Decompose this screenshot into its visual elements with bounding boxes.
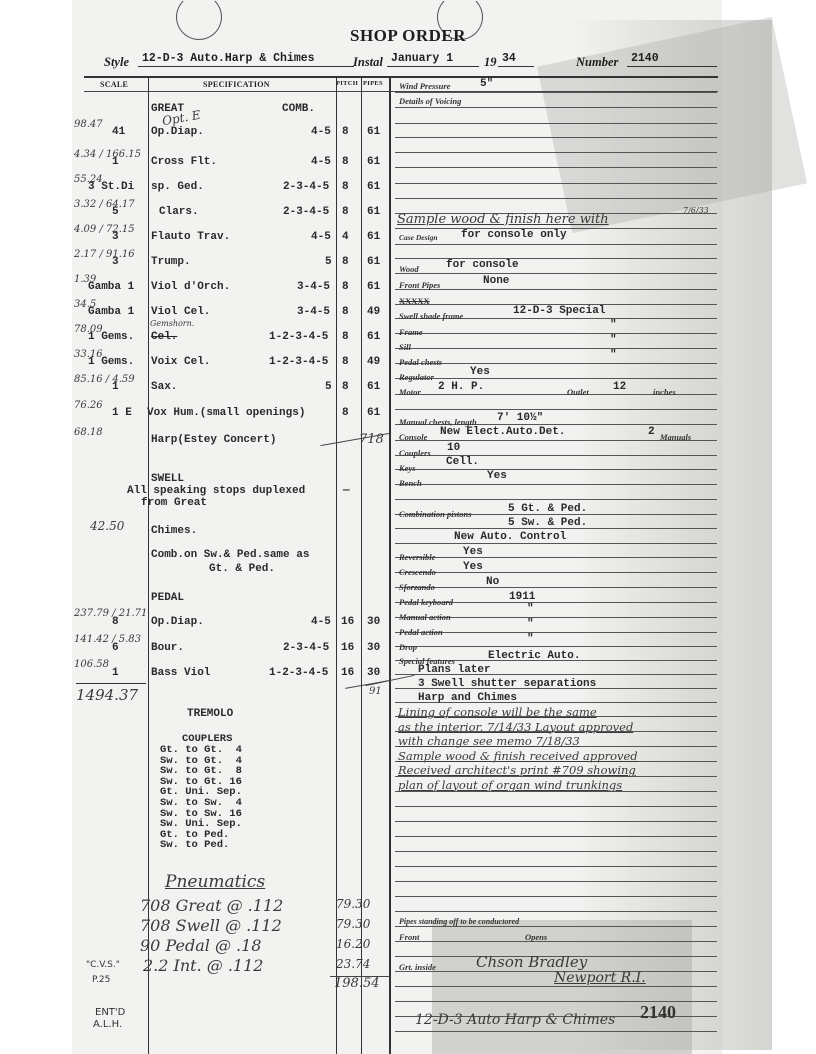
- form-rule: [395, 836, 717, 837]
- stop-name-handnote: Gemshorn.: [150, 319, 194, 328]
- regulator-value: Yes: [470, 366, 490, 378]
- stamp-cvs: "C.V.S.": [86, 960, 120, 970]
- form-rule: [395, 896, 717, 897]
- pipes-value: 61: [367, 206, 380, 218]
- scale-handnote: 2.17 / 91.16: [74, 249, 135, 260]
- reversible-value: Yes: [463, 546, 483, 558]
- case-design-value: for console only: [461, 229, 567, 241]
- form-rule: [395, 646, 717, 647]
- form-rule: [395, 926, 717, 927]
- wood-label: Wood: [399, 264, 419, 274]
- manual-action-label: Manual action: [399, 612, 451, 622]
- swell-comb-line-2: Gt. & Ped.: [209, 563, 275, 575]
- pipes-total: 91: [369, 686, 382, 697]
- pneumatics-heading: Pneumatics: [165, 872, 265, 892]
- comb-value: 3-4-5: [297, 306, 330, 318]
- manual-chests-value: 7' 10½": [497, 412, 543, 424]
- stop-name: Clars.: [159, 206, 199, 218]
- special-features-value: Electric Auto.: [488, 650, 580, 662]
- col-header-specification: SPECIFICATION: [203, 80, 270, 89]
- tremolo: TREMOLO: [187, 708, 233, 720]
- instal-label: Instal: [353, 55, 383, 70]
- stop-name: Vox Hum.(small openings): [147, 407, 305, 419]
- pipes-value: 61: [367, 281, 380, 293]
- comb-value: 2-3-4-5: [283, 181, 329, 193]
- pitch-value: 8: [342, 407, 349, 419]
- scale-handnote: 85.16 / 4.59: [74, 374, 135, 385]
- sill-label: Sill: [399, 342, 411, 352]
- keys-label: Keys: [399, 463, 416, 473]
- pitch-value: 8: [342, 181, 349, 193]
- handwritten-note-line: with change see memo 7/18/33: [398, 734, 580, 748]
- pipes-value: 30: [367, 667, 380, 679]
- pipes-value: 30: [367, 642, 380, 654]
- form-rule: [395, 911, 717, 912]
- case-design-label: Case Design: [399, 233, 438, 242]
- scale-value: 1 Gems.: [88, 356, 134, 368]
- swell-shade-value: 12-D-3 Special: [513, 305, 605, 317]
- scale-handnote: 3.32 / 64.17: [74, 199, 135, 210]
- form-rule: [395, 986, 717, 987]
- comb-heading: COMB.: [282, 103, 315, 115]
- combination-label: Combination pistons: [399, 509, 472, 519]
- combination-value-1: 5 Gt. & Ped.: [508, 503, 587, 515]
- scale-value: 1: [112, 667, 119, 679]
- pitch-value: 8: [342, 206, 349, 218]
- form-rule: [395, 348, 717, 349]
- scale-value: 8: [112, 616, 119, 628]
- pitch-value: 16: [341, 642, 354, 654]
- form-rule: [395, 821, 717, 822]
- instal-value: January 1: [387, 52, 479, 67]
- scale-value: 3: [112, 231, 119, 243]
- scale-value: 3 St.Di: [88, 181, 134, 193]
- pneumatics-amount: 23.74: [336, 957, 370, 971]
- stop-name: Flauto Trav.: [151, 231, 230, 243]
- pedal-action-value: ": [527, 618, 534, 630]
- form-rule: [395, 469, 717, 470]
- pipes-value: 61: [367, 256, 380, 268]
- swell-line-1: All speaking stops duplexed: [127, 485, 305, 497]
- pitch-value: 8: [342, 281, 349, 293]
- footer-handnote: 12-D-3 Auto Harp & Chimes: [415, 1012, 615, 1028]
- form-rule: [395, 378, 717, 379]
- form-rule: [395, 167, 717, 168]
- couplers-label: Couplers: [399, 448, 431, 458]
- form-rule: [395, 806, 717, 807]
- pneumatics-line: 708 Swell @ .112: [140, 916, 282, 935]
- pedal-keyboard-label: Pedal keyboard: [399, 597, 453, 607]
- form-rule: [395, 455, 717, 456]
- form-rule: [395, 152, 717, 153]
- footer-order-number: 2140: [640, 1002, 676, 1023]
- comb-value: 2-3-4-5: [283, 206, 329, 218]
- form-rule: [395, 851, 717, 852]
- pipes-value: 61: [367, 231, 380, 243]
- scale-value: Gamba 1: [88, 306, 134, 318]
- frame-value: ": [610, 319, 617, 331]
- coupler-item: Gt. to Gt. 4: [160, 745, 242, 755]
- pedal-heading: PEDAL: [151, 592, 184, 604]
- sforzando-label: Sforzando: [399, 582, 435, 592]
- form-rule: [395, 363, 717, 364]
- frame-label: Frame: [399, 327, 423, 337]
- stop-name: Viol Cel.: [151, 306, 210, 318]
- comb-value: 4-5: [311, 231, 331, 243]
- inches-label: inches: [653, 387, 676, 397]
- form-rule: [395, 1031, 717, 1032]
- auto-control: New Auto. Control: [454, 531, 566, 543]
- scale-handnote: 237.79 / 21.71: [74, 608, 147, 619]
- comb-value: 1-2-3-4-5: [269, 667, 328, 679]
- year-value: 34: [498, 52, 534, 67]
- combination-value-2: 5 Sw. & Ped.: [508, 517, 587, 529]
- comb-value: 5: [325, 381, 332, 393]
- form-rule: [395, 543, 717, 544]
- bench-value: Yes: [487, 470, 507, 482]
- form-title: SHOP ORDER: [0, 26, 816, 46]
- console-value: New Elect.Auto.Det.: [440, 426, 565, 438]
- pitch-value: 8: [342, 256, 349, 268]
- drop-label: Drop: [399, 642, 417, 652]
- outlet-value: 12: [613, 381, 626, 393]
- handwritten-note-line: Lining of console will be the same: [398, 705, 597, 719]
- number-label: Number: [576, 55, 618, 70]
- coupler-item: Sw. to Gt. 8: [160, 766, 242, 776]
- manual-action-value: ": [527, 603, 534, 615]
- front-pipes-value: None: [483, 275, 509, 287]
- form-rule: [395, 881, 717, 882]
- scale-value: 3: [112, 256, 119, 268]
- comb-value: 1-2-3-4-5: [269, 331, 328, 343]
- handwritten-note-line: as the interior. 7/14/33 Layout approved: [398, 720, 633, 734]
- keys-value: Cell.: [446, 456, 479, 468]
- scale-handnote: 98.47: [74, 119, 103, 130]
- pipes-value: 61: [367, 407, 380, 419]
- swell-pitch-dash: —: [343, 485, 350, 497]
- coupler-item: Gt. Uni. Sep.: [160, 787, 242, 797]
- sill-value: ": [610, 334, 617, 346]
- stop-name: Op.Diap.: [151, 616, 204, 628]
- pipes-value: 30: [367, 616, 380, 628]
- stamp-initials: A.L.H.: [93, 1019, 122, 1030]
- form-rule: [395, 484, 717, 485]
- grt-inside-label: Grt. inside: [399, 962, 436, 972]
- manuals-label: Manuals: [660, 432, 691, 442]
- scale-handnote: 106.58: [74, 659, 109, 670]
- stop-name: Sax.: [151, 381, 177, 393]
- comb-value: 3-4-5: [297, 281, 330, 293]
- scale-value: 5: [112, 206, 119, 218]
- pitch-value: 8: [342, 126, 349, 138]
- pipes-value: 61: [367, 331, 380, 343]
- pitch-value: 8: [342, 306, 349, 318]
- scale-value: 41: [112, 126, 125, 138]
- stop-name: Voix Cel.: [151, 356, 210, 368]
- form-rule: [395, 333, 717, 334]
- comb-value: 2-3-4-5: [283, 642, 329, 654]
- pipes-value: 61: [367, 181, 380, 193]
- scale-value: 6: [112, 642, 119, 654]
- pneumatics-total: 198.54: [334, 976, 380, 991]
- stop-name: Viol d'Orch.: [151, 281, 230, 293]
- swell-shade-label: Swell shade frame: [399, 311, 463, 321]
- console-label: Console: [399, 432, 427, 442]
- customer-name: Chson Bradley: [476, 953, 587, 971]
- pipes-value: 49: [367, 306, 380, 318]
- comb-value: 5: [325, 256, 332, 268]
- pitch-value: 16: [341, 616, 354, 628]
- regulator-label: Regulator: [399, 372, 434, 382]
- form-rule: [395, 244, 717, 245]
- front-label: Front: [399, 932, 419, 942]
- crescendo-value: Yes: [463, 561, 483, 573]
- col-header-scale: SCALE: [100, 80, 128, 89]
- pitch-value: 8: [342, 156, 349, 168]
- pitch-value: 8: [342, 356, 349, 368]
- pipes-value: 49: [367, 356, 380, 368]
- stop-name: Bour.: [151, 642, 184, 654]
- scale-total: 1494.37: [76, 686, 138, 704]
- scale-handnote: 68.18: [74, 427, 103, 438]
- front-pipes-label: Front Pipes: [399, 280, 440, 290]
- scale-value: 1: [112, 156, 119, 168]
- customer-place: Newport R.I.: [554, 970, 646, 986]
- coupler-item: Sw. to Gt. 4: [160, 756, 242, 766]
- stamp-date: P.25: [92, 975, 110, 985]
- form-rule: [395, 258, 717, 259]
- stop-name: Cel.: [151, 331, 177, 343]
- pedal-keyboard-value: 1911: [509, 591, 535, 603]
- scale-value: 1: [112, 381, 119, 393]
- scale-handnote: 4.34 / 166.15: [74, 149, 141, 160]
- pipes-value: 61: [367, 126, 380, 138]
- stop-name: Bass Viol: [151, 667, 210, 679]
- form-rule: [395, 557, 717, 558]
- pitch-value: 4: [342, 231, 349, 243]
- wind-pressure-value: 5": [480, 78, 493, 90]
- rule: [84, 76, 718, 78]
- style-value: 12-D-3 Auto.Harp & Chimes: [138, 52, 354, 67]
- coupler-item: Sw. to Sw. 16: [160, 809, 242, 819]
- form-rule: [395, 572, 717, 573]
- scale-handnote: 141.42 / 5.83: [74, 634, 141, 645]
- form-rule: [395, 92, 717, 93]
- style-label: Style: [104, 55, 129, 70]
- special-line-1: Plans later: [418, 664, 491, 676]
- comb-value: 1-2-3-4-5: [269, 356, 328, 368]
- comb-value: 4-5: [311, 126, 331, 138]
- chimes-stop: Chimes.: [151, 525, 197, 537]
- pedal-chests-value: ": [610, 349, 617, 361]
- handwritten-note-line: Sample wood & finish received approved: [398, 749, 638, 763]
- pneumatics-line: 2.2 Int. @ .112: [143, 956, 263, 975]
- form-rule: [395, 198, 717, 199]
- pneumatics-line: 90 Pedal @ .18: [140, 936, 261, 955]
- form-rule: [395, 123, 717, 124]
- pitch-value: 8: [342, 381, 349, 393]
- pipes-standing-label: Pipes standing off to be conductored: [399, 917, 519, 926]
- pedal-chests-label: Pedal chests: [399, 357, 442, 367]
- pneumatics-amount: 79.30: [336, 897, 370, 911]
- swell-heading: SWELL: [151, 474, 184, 485]
- chimes-scale-note: 42.50: [90, 519, 124, 533]
- pitch-value: 8: [342, 331, 349, 343]
- wood-value: for console: [446, 259, 519, 271]
- pneumatics-amount: 79.30: [336, 917, 370, 931]
- pipes-value: 61: [367, 381, 380, 393]
- pneumatics-line: 708 Great @ .112: [140, 896, 283, 915]
- couplers-value: 10: [447, 442, 460, 454]
- coupler-item: Sw. to Gt. 16: [160, 777, 242, 787]
- form-rule: [395, 183, 717, 184]
- coupler-item: Sw. Uni. Sep.: [160, 819, 242, 829]
- pneumatics-amount: 16.20: [336, 937, 370, 951]
- sforzando-value: No: [486, 576, 499, 588]
- handwritten-note-line: Received architect's print #709 showing: [398, 763, 636, 777]
- scale-value: Gamba 1: [88, 281, 134, 293]
- form-rule: [395, 866, 717, 867]
- swell-comb-line-1: Comb.on Sw.& Ped.same as: [151, 549, 309, 561]
- swell-line-2: from Great: [141, 497, 207, 509]
- special-line-2: 3 Swell shutter separations: [418, 678, 596, 690]
- form-rule: [395, 941, 717, 942]
- opens-label: Opens: [525, 932, 547, 942]
- struck-out-label: XXXXX: [399, 296, 430, 306]
- bench-label: Bench: [399, 478, 422, 488]
- special-line-3: Harp and Chimes: [418, 692, 517, 704]
- pitch-value: 16: [341, 667, 354, 679]
- pipes-value: 61: [367, 156, 380, 168]
- form-rule: [395, 273, 717, 274]
- scale-handnote: 4.09 / 72.15: [74, 224, 135, 235]
- comb-value: 4-5: [311, 616, 331, 628]
- form-rule: [395, 587, 717, 588]
- coupler-item: Sw. to Ped.: [160, 840, 229, 850]
- stop-name: Op.Diap.: [151, 126, 204, 138]
- form-rule: [395, 137, 717, 138]
- stop-name: Harp(Estey Concert): [151, 434, 276, 446]
- reversible-label: Reversible: [399, 552, 435, 562]
- stamp-entered: ENT'D: [95, 1007, 125, 1018]
- total-rule: [76, 683, 146, 684]
- case-handnote: Sample wood & finish here with: [397, 212, 609, 227]
- manuals-value: 2: [648, 426, 655, 438]
- scale-handnote: 76.26: [74, 400, 103, 411]
- outlet-label: Outlet: [567, 387, 589, 397]
- stop-name: Cross Flt.: [151, 156, 217, 168]
- column-divider: [389, 77, 391, 1054]
- year-prefix: 19: [484, 55, 497, 70]
- coupler-item: Gt. to Ped.: [160, 830, 229, 840]
- stop-name: Trump.: [151, 256, 191, 268]
- pedal-action-label: Pedal action: [399, 627, 443, 637]
- drop-value: ": [527, 633, 534, 645]
- coupler-item: Sw. to Sw. 4: [160, 798, 242, 808]
- stop-name: sp. Ged.: [151, 181, 204, 193]
- scale-value: 1 E: [112, 407, 132, 419]
- form-rule: [395, 409, 717, 410]
- number-value: 2140: [627, 52, 717, 67]
- motor-value: 2 H. P.: [438, 381, 484, 393]
- motor-label: Motor: [399, 387, 421, 397]
- col-header-pipes: PIPES: [363, 80, 383, 87]
- scale-value: 1 Gems.: [88, 331, 134, 343]
- col-header-pitch: PITCH: [336, 80, 358, 87]
- wind-pressure-label: Wind Pressure: [399, 81, 450, 91]
- comb-value: 4-5: [311, 156, 331, 168]
- form-rule: [395, 107, 717, 108]
- voicing-label: Details of Voicing: [399, 96, 461, 106]
- crescendo-label: Crescendo: [399, 567, 436, 577]
- handwritten-note-line: plan of layout of organ wind trunkings: [398, 778, 622, 792]
- form-rule: [395, 499, 717, 500]
- form-rule: [395, 289, 717, 290]
- form-rule: [395, 632, 717, 633]
- case-note-date: 7/6/33: [683, 206, 709, 215]
